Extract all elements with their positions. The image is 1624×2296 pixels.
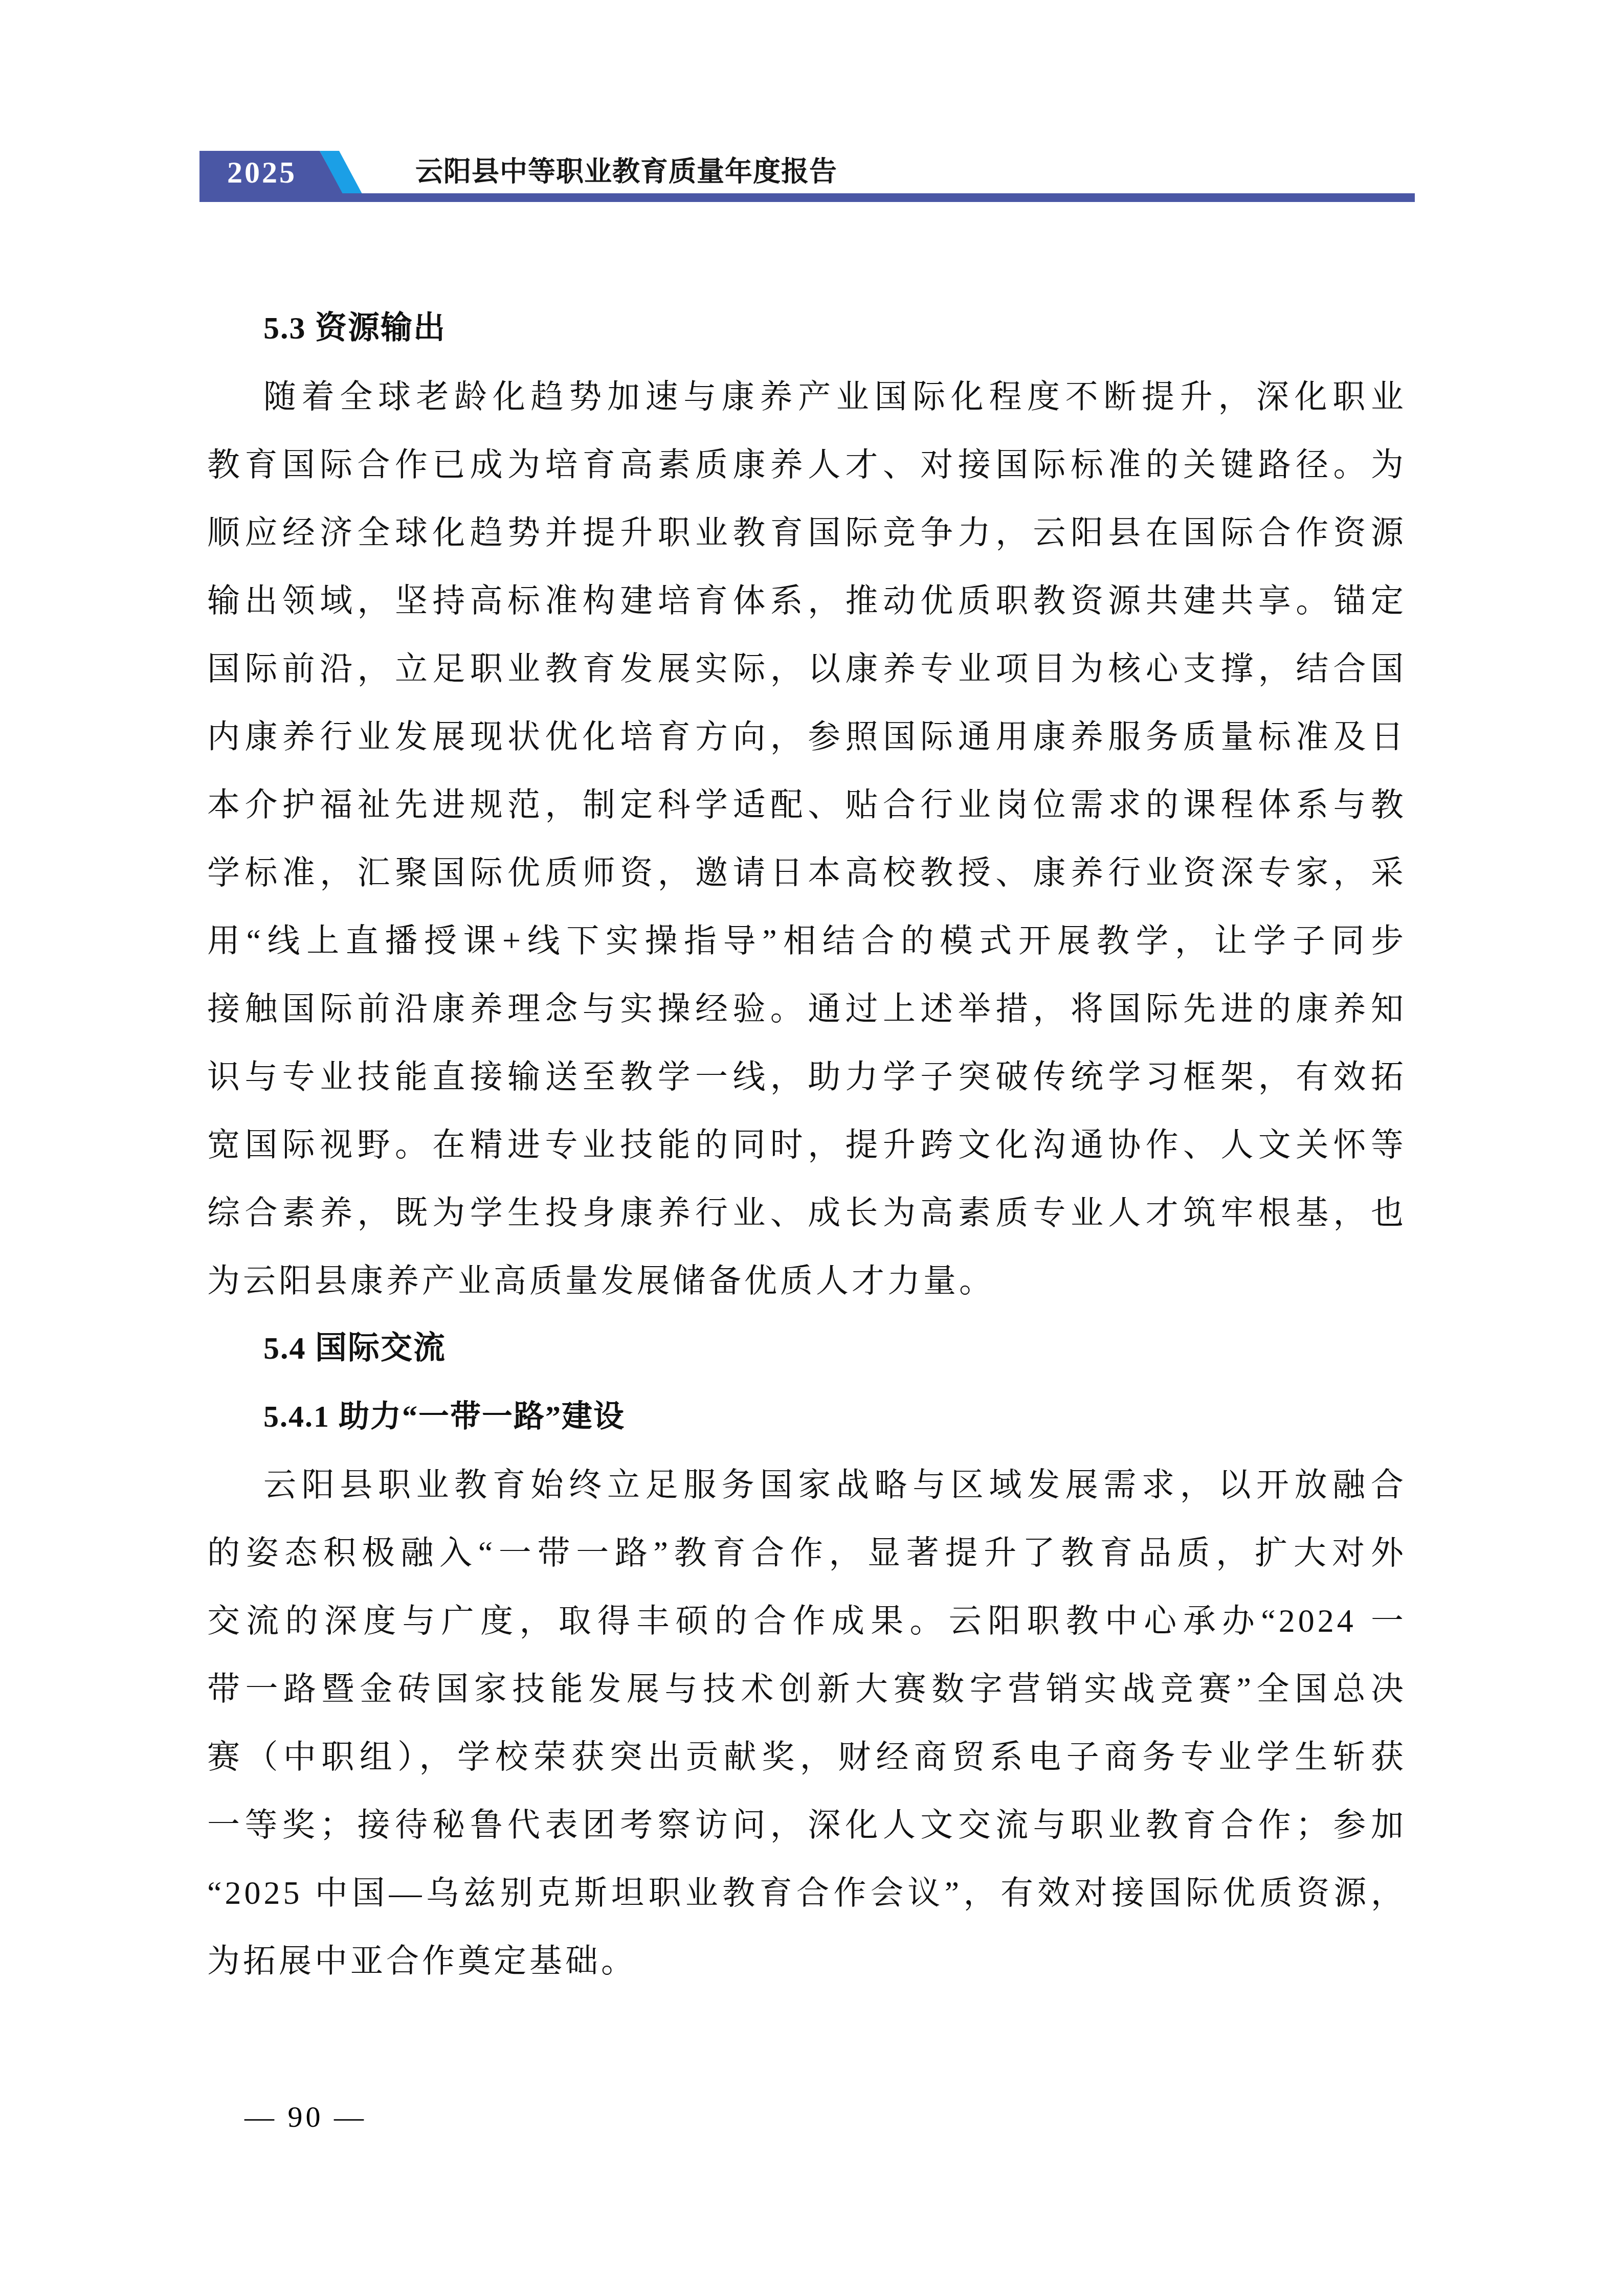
paragraph-line: 综合素养，既为学生投身康养行业、成长为高素质专业人才筑牢根基，也 bbox=[207, 1179, 1407, 1247]
paragraph-line: 带一路暨金砖国家技能发展与技术创新大赛数字营销实战竞赛”全国总决 bbox=[207, 1655, 1407, 1723]
paragraph-line: 输出领域，坚持高标准构建培育体系，推动优质职教资源共建共享。锚定 bbox=[207, 567, 1407, 635]
section-heading-5-4: 5.4 国际交流 bbox=[207, 1315, 1407, 1383]
paragraph-line: 随着全球老龄化趋势加速与康养产业国际化程度不断提升，深化职业 bbox=[207, 363, 1407, 431]
paragraph-line: 交流的深度与广度，取得丰硕的合作成果。云阳职教中心承办“2024 一 bbox=[207, 1587, 1407, 1655]
section-subheading-5-4-1: 5.4.1 助力“一带一路”建设 bbox=[207, 1383, 1407, 1451]
year-badge-text: 2025 bbox=[221, 151, 303, 194]
paragraph-line: 接触国际前沿康养理念与实操经验。通过上述举措，将国际先进的康养知 bbox=[207, 975, 1407, 1043]
paragraph-line: 识与专业技能直接输送至教学一线，助力学子突破传统学习框架，有效拓 bbox=[207, 1043, 1407, 1111]
paragraph-line: 为拓展中亚合作奠定基础。 bbox=[207, 1927, 1407, 1995]
year-badge: 2025 bbox=[199, 151, 344, 194]
section-5-4-paragraph: 云阳县职业教育始终立足服务国家战略与区域发展需求，以开放融合的姿态积极融入“一带… bbox=[207, 1451, 1407, 1995]
page-number: — 90 — bbox=[244, 2099, 367, 2135]
paragraph-line: “2025 中国—乌兹别克斯坦职业教育合作会议”，有效对接国际优质资源， bbox=[207, 1859, 1407, 1927]
paragraph-line: 本介护福祉先进规范，制定科学适配、贴合行业岗位需求的课程体系与教 bbox=[207, 771, 1407, 839]
paragraph-line: 用“线上直播授课+线下实操指导”相结合的模式开展教学，让学子同步 bbox=[207, 907, 1407, 975]
paragraph-line: 为云阳县康养产业高质量发展储备优质人才力量。 bbox=[207, 1247, 1407, 1315]
page-body: 5.3 资源输出 随着全球老龄化趋势加速与康养产业国际化程度不断提升，深化职业教… bbox=[207, 295, 1407, 1995]
paragraph-line: 一等奖；接待秘鲁代表团考察访问，深化人文交流与职业教育合作；参加 bbox=[207, 1791, 1407, 1859]
paragraph-line: 学标准，汇聚国际优质师资，邀请日本高校教授、康养行业资深专家，采 bbox=[207, 839, 1407, 907]
report-page: { "header": { "year_badge": "2025", "tit… bbox=[0, 0, 1624, 2296]
section-heading-5-3: 5.3 资源输出 bbox=[207, 295, 1407, 363]
section-5-3-paragraph: 随着全球老龄化趋势加速与康养产业国际化程度不断提升，深化职业教育国际合作已成为培… bbox=[207, 363, 1407, 1315]
paragraph-line: 顺应经济全球化趋势并提升职业教育国际竞争力，云阳县在国际合作资源 bbox=[207, 499, 1407, 567]
report-title: 云阳县中等职业教育质量年度报告 bbox=[415, 151, 837, 192]
header-rule-bar bbox=[199, 193, 1415, 202]
paragraph-line: 内康养行业发展现状优化培育方向，参照国际通用康养服务质量标准及日 bbox=[207, 703, 1407, 771]
paragraph-line: 教育国际合作已成为培育高素质康养人才、对接国际标准的关键路径。为 bbox=[207, 431, 1407, 499]
paragraph-line: 云阳县职业教育始终立足服务国家战略与区域发展需求，以开放融合 bbox=[207, 1451, 1407, 1519]
paragraph-line: 的姿态积极融入“一带一路”教育合作，显著提升了教育品质，扩大对外 bbox=[207, 1519, 1407, 1587]
paragraph-line: 宽国际视野。在精进专业技能的同时，提升跨文化沟通协作、人文关怀等 bbox=[207, 1111, 1407, 1179]
paragraph-line: 国际前沿，立足职业教育发展实际，以康养专业项目为核心支撑，结合国 bbox=[207, 635, 1407, 703]
paragraph-line: 赛（中职组），学校荣获突出贡献奖，财经商贸系电子商务专业学生斩获 bbox=[207, 1723, 1407, 1791]
